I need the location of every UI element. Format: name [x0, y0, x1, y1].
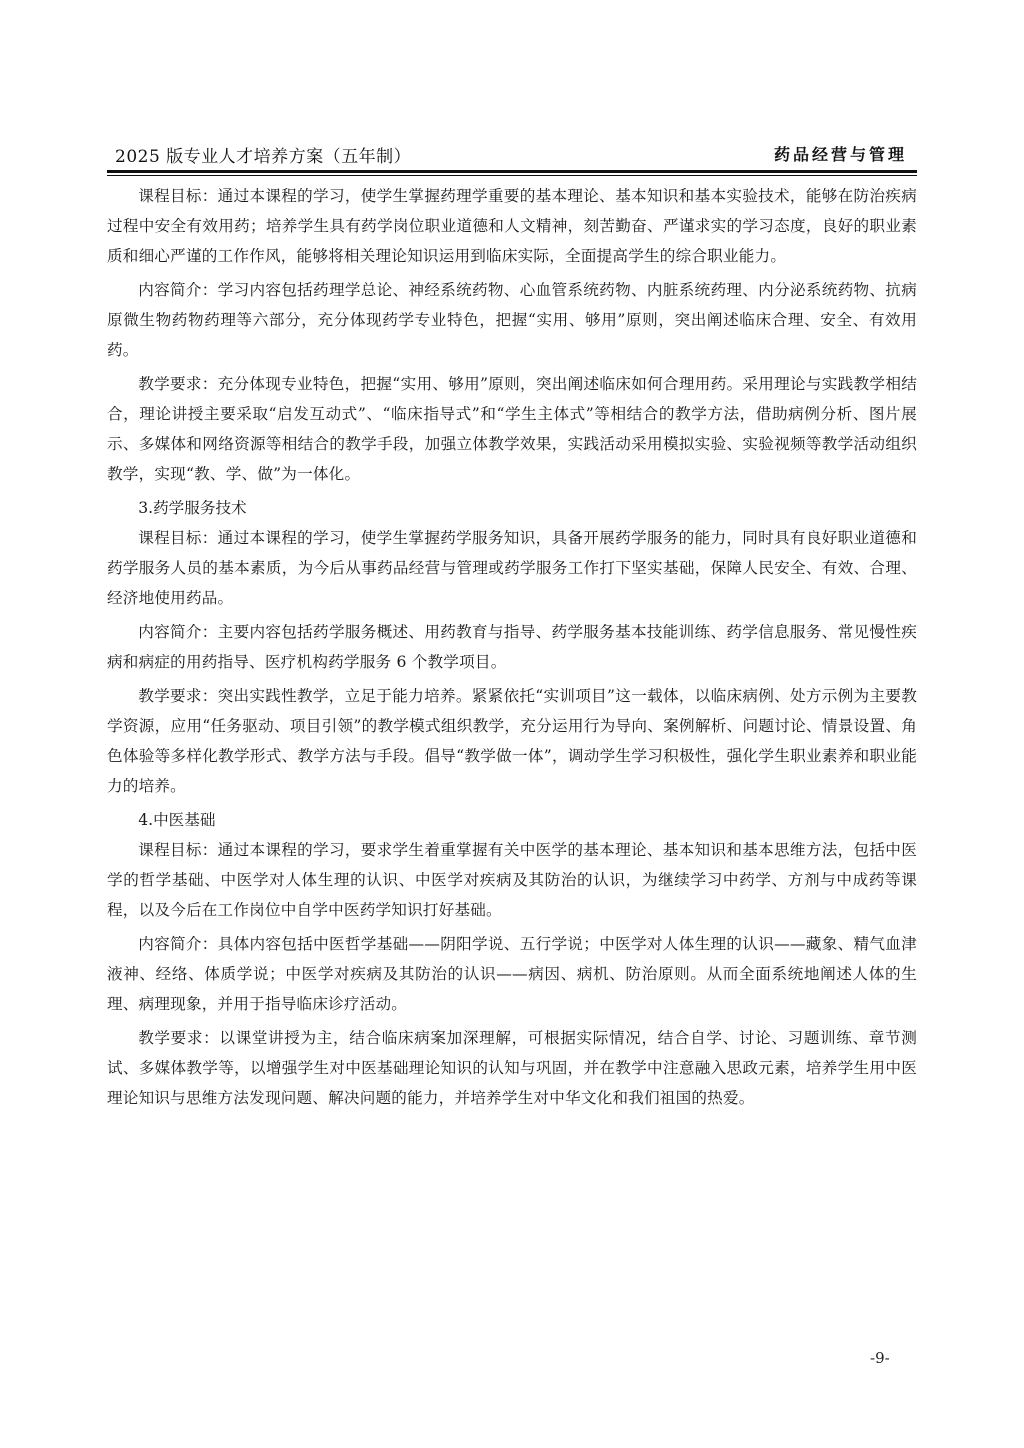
- teaching-requirements-paragraph: 教学要求：以课堂讲授为主，结合临床病案加深理解，可根据实际情况，结合自学、讨论、…: [107, 1023, 917, 1113]
- content-summary-paragraph: 内容简介：学习内容包括药理学总论、神经系统药物、心血管系统药物、内脏系统药理、内…: [107, 275, 917, 365]
- teaching-requirements-paragraph: 教学要求：充分体现专业特色，把握“实用、够用”原则，突出阐述临床如何合理用药。采…: [107, 369, 917, 489]
- content-summary-paragraph: 内容简介：主要内容包括药学服务概述、用药教育与指导、药学服务基本技能训练、药学信…: [107, 617, 917, 677]
- page-number: -9-: [870, 1349, 890, 1367]
- document-body: 课程目标：通过本课程的学习，使学生掌握药理学重要的基本理论、基本知识和基本实验技…: [107, 181, 917, 1113]
- section-heading-pharmacy-service: 3.药学服务技术: [107, 493, 917, 523]
- course-objective-paragraph: 课程目标：通过本课程的学习，使学生掌握药学服务知识，具备开展药学服务的能力，同时…: [107, 523, 917, 613]
- header-divider-thick: [107, 170, 917, 173]
- section-heading-tcm-basics: 4.中医基础: [107, 805, 917, 835]
- content-summary-paragraph: 内容简介：具体内容包括中医哲学基础——阴阳学说、五行学说；中医学对人体生理的认识…: [107, 929, 917, 1019]
- program-name: 药品经营与管理: [774, 142, 907, 165]
- header-divider-thin: [107, 175, 917, 176]
- teaching-requirements-paragraph: 教学要求：突出实践性教学，立足于能力培养。紧紧依托“实训项目”这一载体，以临床病…: [107, 681, 917, 801]
- page-header: 2025 版专业人才培养方案（五年制） 药品经营与管理: [107, 142, 917, 166]
- course-objective-paragraph: 课程目标：通过本课程的学习，使学生掌握药理学重要的基本理论、基本知识和基本实验技…: [107, 181, 917, 271]
- document-title: 2025 版专业人才培养方案（五年制）: [115, 142, 411, 167]
- course-objective-paragraph: 课程目标：通过本课程的学习，要求学生着重掌握有关中医学的基本理论、基本知识和基本…: [107, 835, 917, 925]
